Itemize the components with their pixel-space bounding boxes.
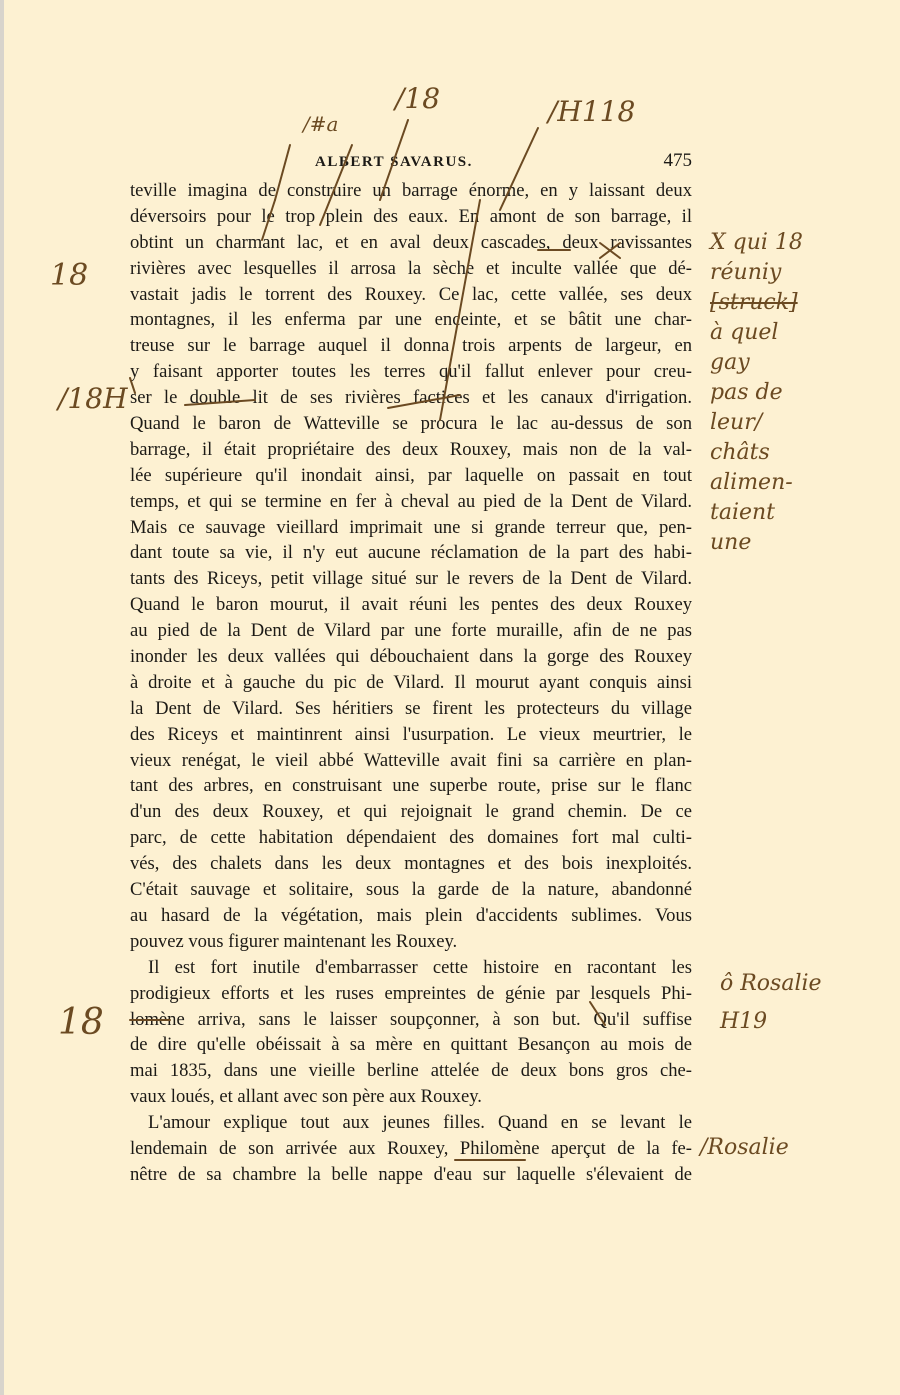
text-line: barrage, il était propriétaire des deux …	[130, 437, 692, 463]
text-line: des Riceys et maintinrent ainsi l'usurpa…	[130, 722, 692, 748]
text-line: lée supérieure qu'il inondait ainsi, par…	[130, 463, 692, 489]
text-line: prodigieux efforts et les ruses empreint…	[130, 981, 692, 1007]
text-line: treuse sur le barrage auquel il donna tr…	[130, 333, 692, 359]
annotation-left-margin-1: 18	[50, 258, 88, 293]
text-line: Quand le baron mourut, il avait réuni le…	[130, 592, 692, 618]
text-line: la Dent de Vilard. Ses héritiers se fire…	[130, 696, 692, 722]
text-line: d'un des deux Rouxey, et qui rejoignait …	[130, 799, 692, 825]
annotation-line: une	[710, 528, 803, 558]
text-line: nêtre de sa chambre la belle nappe d'eau…	[130, 1162, 692, 1188]
text-line: temps, et qui se termine en fer à cheval…	[130, 489, 692, 515]
annotation-line: taient	[710, 498, 803, 528]
text-line: vés, des chalets dans les deux montagnes…	[130, 851, 692, 877]
text-line: C'était sauvage et solitaire, sous la ga…	[130, 877, 692, 903]
text-line: ser le double lit de ses rivières factic…	[130, 385, 692, 411]
text-line: rivières avec lesquelles il arrosa la sè…	[130, 256, 692, 282]
annotation-line: gay	[710, 348, 803, 378]
text-line: Mais ce sauvage vieillard imprimait une …	[130, 515, 692, 541]
annotation-line: leur/	[710, 408, 803, 438]
text-line: vastait jadis le torrent des Rouxey. Ce …	[130, 282, 692, 308]
text-line: teville imagina de construire un barrage…	[130, 178, 692, 204]
text-line: vaux loués, et allant avec son père aux …	[130, 1084, 692, 1110]
running-title: ALBERT SAVARUS.	[315, 154, 473, 171]
text-line: de dire qu'elle obéissait à sa mère en q…	[130, 1032, 692, 1058]
text-line: y faisant apporter toutes les terres qu'…	[130, 359, 692, 385]
annotation-line: ô Rosalie	[720, 965, 822, 1003]
annotation-line: réuniy	[710, 258, 803, 288]
text-line: mai 1835, dans une vieille berline attel…	[130, 1058, 692, 1084]
text-line: à droite et à gauche du pic de Vilard. I…	[130, 670, 692, 696]
annotation-line: pas de	[710, 378, 803, 408]
page-edge	[0, 0, 4, 1395]
page-number: 475	[664, 150, 693, 172]
annotation-line: châts	[710, 438, 803, 468]
body-text: teville imagina de construire un barrage…	[130, 178, 692, 1188]
annotation-line: [struck]	[710, 288, 803, 318]
annotation-left-margin-2: /18H	[58, 382, 127, 415]
annotation-line: X qui 18	[710, 228, 803, 258]
annotation-right-margin-1: X qui 18 réuniy [struck] à quel gay pas …	[710, 228, 803, 558]
text-line: montagnes, il les enferma par une encein…	[130, 307, 692, 333]
text-line: tants des Riceys, petit village situé su…	[130, 566, 692, 592]
text-line: lomène arriva, sans le laisser soupçonne…	[130, 1007, 692, 1033]
text-line: au hasard de la végétation, mais plein d…	[130, 903, 692, 929]
annotation-right-margin-3: /Rosalie	[700, 1135, 789, 1160]
text-line: lendemain de son arrivée aux Rouxey, Phi…	[130, 1136, 692, 1162]
text-line: Il est fort inutile d'embarrasser cette …	[130, 955, 692, 981]
text-line: parc, de cette habitation dépendaient de…	[130, 825, 692, 851]
text-line: déversoirs pour le trop plein des eaux. …	[130, 204, 692, 230]
text-line: inonder les deux vallées qui débouchaien…	[130, 644, 692, 670]
text-line: Quand le baron de Watteville se procura …	[130, 411, 692, 437]
annotation-left-margin-3: 18	[58, 1002, 104, 1043]
annotation-line: à quel	[710, 318, 803, 348]
text-line: pouvez vous figurer maintenant les Rouxe…	[130, 929, 692, 955]
annotation-line: H19	[720, 1003, 822, 1041]
text-line: tant des arbres, en construisant une sup…	[130, 773, 692, 799]
annotation-top-left: /#a	[303, 112, 338, 136]
text-line: vieux renégat, le vieil abbé Watteville …	[130, 748, 692, 774]
annotation-right-margin-2: ô Rosalie H19	[720, 965, 822, 1041]
annotation-top-center: /18	[395, 82, 440, 115]
annotation-line: alimen-	[710, 468, 803, 498]
text-line: obtint un charmant lac, et en aval deux …	[130, 230, 692, 256]
page-header: ALBERT SAVARUS. 475	[130, 150, 692, 174]
text-line: L'amour explique tout aux jeunes filles.…	[130, 1110, 692, 1136]
text-line: au pied de la Dent de Vilard par une for…	[130, 618, 692, 644]
text-line: dant toute sa vie, il n'y eut aucune réc…	[130, 540, 692, 566]
annotation-top-right: /H118	[548, 95, 635, 128]
